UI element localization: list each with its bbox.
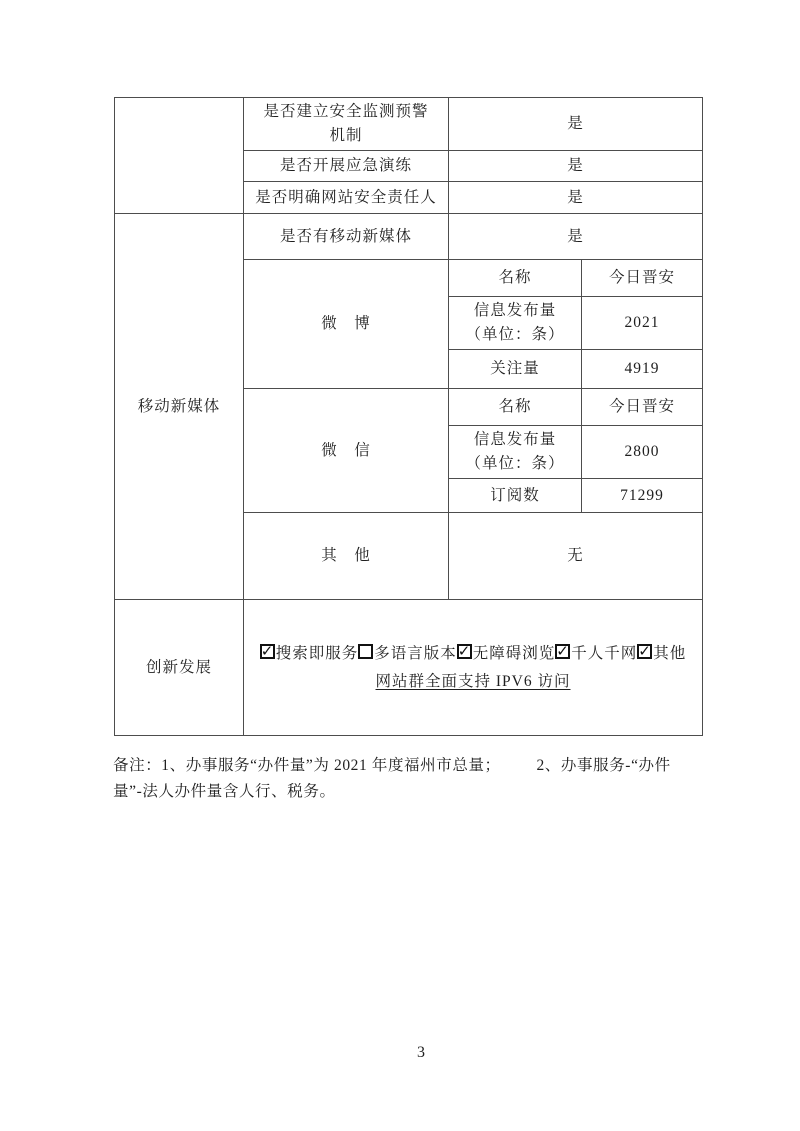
weibo-followers-value: 4919 (582, 350, 703, 389)
wechat-label-cell: 微 信 (244, 389, 449, 513)
report-table-section: 是否建立安全监测预警 机制 是 是否开展应急演练 是 是否明确网站安全责任人 是… (114, 97, 703, 736)
wechat-name-label: 名称 (449, 389, 582, 426)
check-icon: ✓ (458, 639, 471, 663)
page-number: 3 (42, 1044, 800, 1062)
wechat-name-value: 今日晋安 (582, 389, 703, 426)
innovation-content-cell: ✓搜索即服务✓多语言版本✓无障碍浏览✓千人千网✓其他 网站群全面支持 IPV6 … (244, 600, 703, 736)
checkbox-checked-icon: ✓ (457, 644, 472, 659)
report-table: 是否建立安全监测预警 机制 是 是否开展应急演练 是 是否明确网站安全责任人 是… (114, 97, 703, 736)
weibo-name-label: 名称 (449, 260, 582, 297)
checkbox-checked-icon: ✓ (637, 644, 652, 659)
mobile-has-label: 是否有移动新媒体 (244, 214, 449, 260)
option-search-service: ✓搜索即服务 (260, 645, 359, 662)
option-label: 无障碍浏览 (473, 645, 556, 662)
wechat-posts-label: 信息发布量 （单位：条） (449, 426, 582, 479)
table-row: 移动新媒体 是否有移动新媒体 是 (115, 214, 703, 260)
option-other: ✓其他 (637, 645, 686, 662)
other-media-value: 无 (449, 513, 703, 600)
security-row-label: 是否开展应急演练 (244, 151, 449, 182)
footnote-line: 量”-法人办件量含人行、税务。 (113, 779, 723, 805)
option-label: 搜索即服务 (276, 645, 359, 662)
weibo-name-value: 今日晋安 (582, 260, 703, 297)
weibo-followers-label: 关注量 (449, 350, 582, 389)
security-row-value: 是 (449, 182, 703, 214)
check-icon: ✓ (638, 639, 651, 663)
option-label: 多语言版本 (374, 645, 457, 662)
innovation-other-detail: 网站群全面支持 IPV6 访问 (248, 670, 698, 694)
table-row: 创新发展 ✓搜索即服务✓多语言版本✓无障碍浏览✓千人千网✓其他 网站群全面支持 … (115, 600, 703, 736)
security-row-label: 是否明确网站安全责任人 (244, 182, 449, 214)
check-icon: ✓ (261, 639, 274, 663)
option-label: 其他 (653, 645, 686, 662)
wechat-posts-value: 2800 (582, 426, 703, 479)
wechat-subscribers-value: 71299 (582, 479, 703, 513)
security-row-value: 是 (449, 151, 703, 182)
checkbox-unchecked-icon: ✓ (358, 644, 373, 659)
table-row: 是否建立安全监测预警 机制 是 (115, 98, 703, 151)
security-row-value: 是 (449, 98, 703, 151)
other-media-label: 其 他 (244, 513, 449, 600)
section-cell-continued (115, 98, 244, 214)
option-label: 千人千网 (571, 645, 637, 662)
option-qianren-qianwang: ✓千人千网 (555, 645, 637, 662)
innovation-options-line: ✓搜索即服务✓多语言版本✓无障碍浏览✓千人千网✓其他 (248, 642, 698, 666)
mobile-has-value: 是 (449, 214, 703, 260)
footnote-line: 备注：1、办事服务“办件量”为 2021 年度福州市总量； 2、办事服务-“办件 (113, 753, 723, 779)
section-cell-mobile-media: 移动新媒体 (115, 214, 244, 600)
checkbox-checked-icon: ✓ (260, 644, 275, 659)
check-icon: ✓ (556, 639, 569, 663)
security-row-label: 是否建立安全监测预警 机制 (244, 98, 449, 151)
footnote: 备注：1、办事服务“办件量”为 2021 年度福州市总量； 2、办事服务-“办件… (113, 753, 723, 805)
weibo-label-cell: 微 博 (244, 260, 449, 389)
weibo-posts-label: 信息发布量 （单位：条） (449, 297, 582, 350)
option-accessibility: ✓无障碍浏览 (457, 645, 556, 662)
option-multilanguage: ✓多语言版本 (358, 645, 457, 662)
weibo-posts-value: 2021 (582, 297, 703, 350)
wechat-subscribers-label: 订阅数 (449, 479, 582, 513)
section-cell-innovation: 创新发展 (115, 600, 244, 736)
checkbox-checked-icon: ✓ (555, 644, 570, 659)
